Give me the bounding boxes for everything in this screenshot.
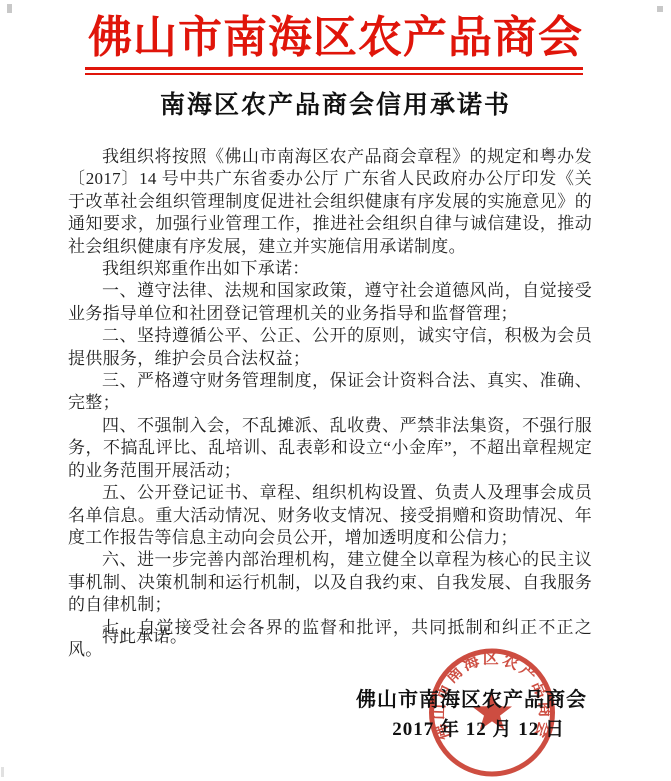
- letterhead-org-name: 佛山市南海区农产品商会: [0, 13, 671, 63]
- paragraph-item-3: 三、严格遵守财务管理制度，保证会计资料合法、真实、准确、完整；: [68, 370, 592, 415]
- scan-artifact: [1, 767, 4, 777]
- paragraph-item-1: 一、遵守法律、法规和国家政策，遵守社会道德风尚，自觉接受业务指导单位和社团登记管…: [68, 280, 592, 325]
- scan-artifact: [7, 4, 12, 13]
- signature-org-name: 佛山市南海区农产品商会: [356, 688, 587, 712]
- paragraph-intro: 我组织将按照《佛山市南海区农产品商会章程》的规定和粤办发〔2017〕14 号中共…: [68, 146, 592, 258]
- letterhead-double-rule: [85, 67, 583, 75]
- paragraph-item-5: 五、公开登记证书、章程、组织机构设置、负责人及理事会成员名单信息。重大活动情况、…: [68, 482, 592, 549]
- paragraph-pledge-lead: 我组织郑重作出如下承诺：: [68, 258, 592, 280]
- paragraph-item-2: 二、坚持遵循公平、公正、公开的原则，诚实守信，积极为会员提供服务，维护会员合法权…: [68, 325, 592, 370]
- official-seal: 佛山市南海区农产品商会: [426, 646, 558, 779]
- document-page: 佛山市南海区农产品商会 南海区农产品商会信用承诺书 我组织将按照《佛山市南海区农…: [0, 0, 671, 781]
- paragraph-item-4: 四、不强制入会，不乱摊派、乱收费、严禁非法集资，不强行服务，不搞乱评比、乱培训、…: [68, 415, 592, 482]
- body-text: 我组织将按照《佛山市南海区农产品商会章程》的规定和粤办发〔2017〕14 号中共…: [68, 146, 592, 661]
- signature-date: 2017 年 12 月 12 日: [392, 718, 565, 742]
- scan-artifact: [657, 6, 663, 12]
- document-title: 南海区农产品商会信用承诺书: [0, 90, 671, 122]
- paragraph-item-6: 六、进一步完善内部治理机构，建立健全以章程为核心的民主议事机制、决策机制和运行机…: [68, 549, 592, 616]
